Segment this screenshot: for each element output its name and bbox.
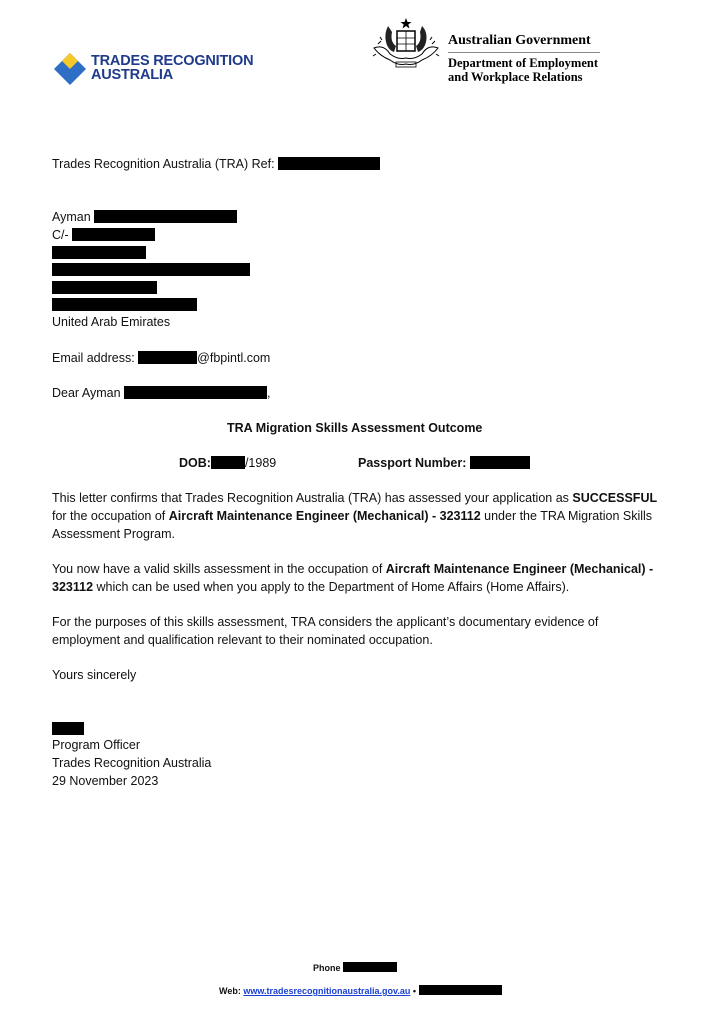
care-of-label: C/- [52,228,69,242]
address-line-4 [52,297,197,313]
redacted-footer-contact [419,985,502,995]
department-line1: Department of Employment [448,56,600,70]
reference-label: Trades Recognition Australia (TRA) Ref: [52,157,275,171]
footer-web: Web: www.tradesrecognitionaustralia.gov.… [219,985,502,996]
web-label: Web: [219,986,241,996]
paragraph-validity: You now have a valid skills assessment i… [52,560,662,596]
government-title: Australian Government [448,33,600,49]
redacted-signer-name [52,722,84,735]
salutation-comma: , [267,386,270,400]
redacted-surname [94,210,237,223]
coat-of-arms-icon [370,16,442,74]
tra-diamond-icon [53,52,87,86]
occupation-name: Aircraft Maintenance Engineer (Mechanica… [169,509,481,523]
email-label: Email address: [52,351,135,365]
tra-logo: TRADES RECOGNITION AUSTRALIA [53,52,263,86]
email-domain: @fbpintl.com [197,351,270,365]
phone-label: Phone [313,963,341,973]
redacted-dob [211,456,245,469]
department-line2: and Workplace Relations [448,70,600,84]
redacted-reference [278,157,380,170]
redacted-address-1 [52,246,146,259]
salutation-text: Dear Ayman [52,386,121,400]
care-of-line: C/- [52,227,155,243]
redacted-salutation-surname [124,386,267,399]
salutation: Dear Ayman , [52,385,271,401]
footer-separator: • [413,986,416,996]
footer-phone: Phone [313,962,397,973]
paragraph-purpose: For the purposes of this skills assessme… [52,613,662,649]
closing: Yours sincerely [52,667,136,683]
p1-text-c: for the occupation of [52,509,169,523]
redacted-address-3 [52,281,157,294]
redacted-email-user [138,351,197,364]
address-country: United Arab Emirates [52,314,170,330]
redacted-care-of [72,228,155,241]
address-line-3 [52,280,157,296]
recipient-name: Ayman [52,209,237,225]
signer-title: Program Officer [52,737,140,753]
signer-organisation: Trades Recognition Australia [52,755,211,771]
passport-label: Passport Number: [358,456,466,470]
recipient-first-name: Ayman [52,210,91,224]
dob-year: /1989 [245,456,276,470]
redacted-address-2 [52,263,250,276]
tra-logo-line2: AUSTRALIA [91,68,253,82]
p2-text-a: You now have a valid skills assessment i… [52,562,386,576]
dob-label: DOB: [179,456,211,470]
letter-subject: TRA Migration Skills Assessment Outcome [227,420,482,436]
dob-line: DOB:/1989 [179,455,276,471]
p1-text-a: This letter confirms that Trades Recogni… [52,491,572,505]
email-line: Email address: @fbpintl.com [52,350,270,366]
website-link[interactable]: www.tradesrecognitionaustralia.gov.au [243,986,410,996]
government-header: Australian Government Department of Empl… [448,33,600,84]
redacted-passport [470,456,530,469]
government-divider [448,52,600,53]
outcome-status: SUCCESSFUL [572,491,657,505]
redacted-phone [343,962,397,972]
letter-date: 29 November 2023 [52,773,158,789]
reference-line: Trades Recognition Australia (TRA) Ref: [52,156,380,172]
tra-logo-line1: TRADES RECOGNITION [91,54,253,68]
paragraph-outcome: This letter confirms that Trades Recogni… [52,489,662,543]
signature [52,721,84,737]
letter-page: TRADES RECOGNITION AUSTRALIA Australian … [0,0,724,1024]
passport-line: Passport Number: [358,455,530,471]
tra-logo-text: TRADES RECOGNITION AUSTRALIA [91,54,253,82]
address-line-1 [52,245,146,261]
p2-text-c: which can be used when you apply to the … [93,580,569,594]
address-line-2 [52,262,250,278]
redacted-address-4 [52,298,197,311]
